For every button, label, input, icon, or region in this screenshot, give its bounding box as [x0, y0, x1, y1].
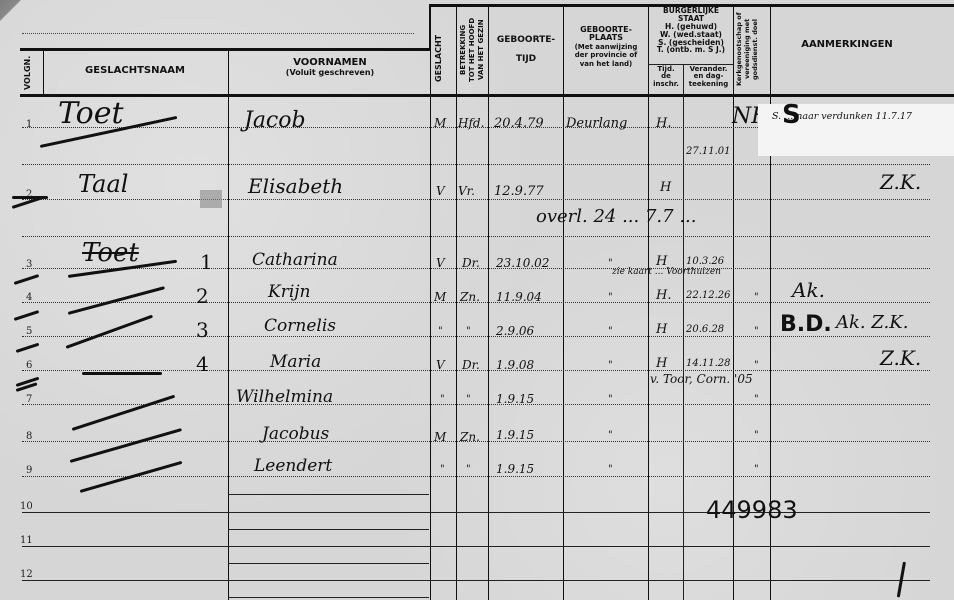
civil-status-cell: H. [656, 288, 671, 303]
marriage-annotation: v. Toor, Corn. '05 [650, 372, 753, 386]
check-mark [12, 196, 48, 199]
row-number: 11 [20, 535, 33, 546]
religion-cell: " [754, 326, 759, 337]
firstname-cell: Maria [270, 352, 321, 372]
sex-cell: M [434, 430, 446, 444]
surname-cell: Toet [82, 238, 139, 268]
relation-cell: Dr. [462, 358, 480, 372]
row-number: 4 [26, 292, 32, 303]
header-aanmerkingen: AANMERKINGEN [772, 40, 922, 51]
status-date-cell: 22.12.26 [686, 290, 731, 301]
header-tijd-inschr: Tijd. de inschr. [649, 66, 683, 88]
header-betrekking: BETREKKING TOT HET HOOFD VAN HET GEZIN [459, 8, 486, 92]
relation-cell: Dr. [462, 256, 480, 270]
relation-cell: Zn. [460, 290, 480, 304]
remarks-cell: Z.K. [880, 346, 921, 370]
surname-cell: Taal [78, 170, 128, 198]
remarks-cell: Ak. [792, 278, 825, 302]
remarks-cell: S. ... naar verdunken 11.7.17 [772, 110, 952, 124]
header-volgnummer: VOLGN. [24, 54, 32, 92]
birthdate-cell: 1.9.15 [496, 392, 534, 406]
firstname-cell: Krijn [268, 282, 310, 302]
sex-cell: M [434, 290, 446, 304]
ditto-stroke [72, 395, 175, 431]
ditto-stroke [68, 286, 165, 314]
relation-cell: " [466, 326, 471, 337]
religion-cell: " [754, 464, 759, 475]
status-date-cell: 27.11.01 [686, 146, 731, 157]
child-number: 3 [196, 318, 209, 342]
firstname-subline-4 [229, 597, 429, 598]
row-number: 5 [26, 326, 32, 337]
registration-number: 449983 [706, 496, 798, 524]
firstname-cell: Catharina [252, 250, 338, 270]
top-dotted-line [22, 33, 414, 34]
status-date-cell: 14.11.28 [686, 358, 731, 369]
row-number: 9 [26, 465, 32, 476]
religion-cell: " [754, 360, 759, 371]
row-number: 6 [26, 360, 32, 371]
child-number: 1 [200, 250, 213, 274]
row-line-7 [22, 404, 930, 405]
birthdate-cell: 20.4.79 [494, 116, 544, 131]
birthdate-cell: 1.9.08 [496, 358, 534, 372]
col-divider-surname [228, 50, 229, 600]
birthdate-cell: 12.9.77 [494, 184, 544, 199]
sex-cell: V [436, 184, 445, 198]
stamp-smudge [200, 190, 222, 208]
header-bottom-border [20, 94, 954, 97]
birthdate-cell: 1.9.15 [496, 428, 534, 442]
check-mark [14, 274, 40, 284]
stamp-bd: B.D. [780, 312, 832, 337]
col-divider-tijd [683, 64, 684, 600]
birthdate-cell: 23.10.02 [496, 256, 549, 270]
sex-cell: V [436, 358, 445, 372]
sex-cell: V [436, 256, 445, 270]
header-verander: Verander. en dag- teekening [684, 66, 733, 88]
row-line-11 [22, 546, 930, 547]
row-number: 1 [26, 119, 32, 130]
child-number: 4 [196, 352, 209, 376]
register-card: VOLGN. GESLACHTSNAAM VOORNAMEN (Voluit g… [0, 0, 954, 600]
remarks-extra: Ak. Z.K. [836, 312, 908, 333]
header-burgerlijke-staat: BURGERLIJKE STAAT H. (gehuwd) W. (wed.st… [649, 7, 733, 54]
relation-cell: " [466, 394, 471, 405]
row-number: 12 [20, 569, 33, 580]
civil-status-cell: H [656, 356, 667, 371]
firstname-cell: Jacob [244, 108, 306, 133]
see-card-annotation: zie kaart ... Voorthuizen [612, 267, 721, 277]
row-number: 8 [26, 431, 32, 442]
child-number: 2 [196, 284, 209, 308]
row-number: 3 [26, 259, 32, 270]
religion-cell: " [754, 292, 759, 303]
check-mark [16, 343, 40, 353]
birthplace-cell: " [608, 360, 613, 371]
ditto-stroke [70, 428, 182, 462]
birthdate-cell: 1.9.15 [496, 462, 534, 476]
row-line-12 [22, 580, 930, 581]
col-divider-volgn [43, 50, 44, 95]
civil-status-cell: H [656, 322, 667, 337]
sex-cell: " [440, 394, 445, 405]
firstname-cell: Elisabeth [248, 174, 343, 198]
ditto-stroke [66, 315, 153, 349]
firstname-subline-2 [229, 529, 429, 530]
header-kerkgenootschap: Kerkgenootschap of vereeniging met godsd… [735, 6, 759, 92]
row-line-1b [22, 164, 930, 165]
birthplace-cell: " [608, 430, 613, 441]
status-date-cell: 10.3.26 [686, 256, 724, 267]
row-number: 7 [26, 394, 32, 405]
birthplace-cell: " [608, 394, 613, 405]
civil-status-cell: H. [656, 116, 671, 131]
folded-corner [0, 0, 60, 50]
check-mark [14, 310, 40, 320]
birthplace-cell: Deurlang [566, 116, 627, 131]
relation-cell: Zn. [460, 430, 480, 444]
surname-cell: Toet [58, 96, 124, 131]
relation-cell: Vr. [458, 184, 475, 198]
sex-cell: " [440, 464, 445, 475]
header-geslachtsnaam: GESLACHTSNAAM [60, 66, 210, 77]
firstname-subline-1 [229, 494, 429, 495]
death-annotation: overl. 24 ... 7.7 ... [536, 206, 697, 227]
firstname-cell: Jacobus [262, 424, 329, 444]
header-top-border-left [20, 48, 430, 51]
row-line-2 [22, 199, 930, 200]
header-geboortetijd: GEBOORTE- TIJD [490, 36, 562, 64]
religion-cell: " [754, 430, 759, 441]
remarks-cell: Z.K. [880, 170, 921, 194]
header-geslacht: GESLACHT [435, 24, 443, 92]
ditto-stroke [82, 372, 162, 375]
birthplace-cell: " [608, 326, 613, 337]
religion-cell: " [754, 394, 759, 405]
sex-cell: M [434, 116, 446, 130]
row-number: 10 [20, 501, 33, 512]
sex-cell: " [438, 326, 443, 337]
civil-status-cell: H [660, 180, 671, 195]
firstname-cell: Leendert [254, 456, 332, 476]
row-line-2b [22, 236, 930, 237]
row-line-9 [22, 476, 930, 477]
header-geboorteplaats: GEBOORTE- PLAATS (Met aanwijzing der pro… [565, 26, 647, 68]
relation-cell: " [466, 464, 471, 475]
header-voornamen: VOORNAMEN (Voluit geschreven) [232, 58, 428, 77]
birthplace-cell: " [608, 464, 613, 475]
status-date-cell: 20.6.28 [686, 324, 724, 335]
birthdate-cell: 11.9.04 [496, 290, 542, 304]
firstname-cell: Wilhelmina [236, 387, 333, 407]
birthplace-cell: " [608, 292, 613, 303]
firstname-subline-3 [229, 563, 429, 564]
birthdate-cell: 2.9.06 [496, 324, 534, 338]
firstname-cell: Cornelis [264, 316, 336, 336]
relation-cell: Hfd. [458, 116, 484, 130]
